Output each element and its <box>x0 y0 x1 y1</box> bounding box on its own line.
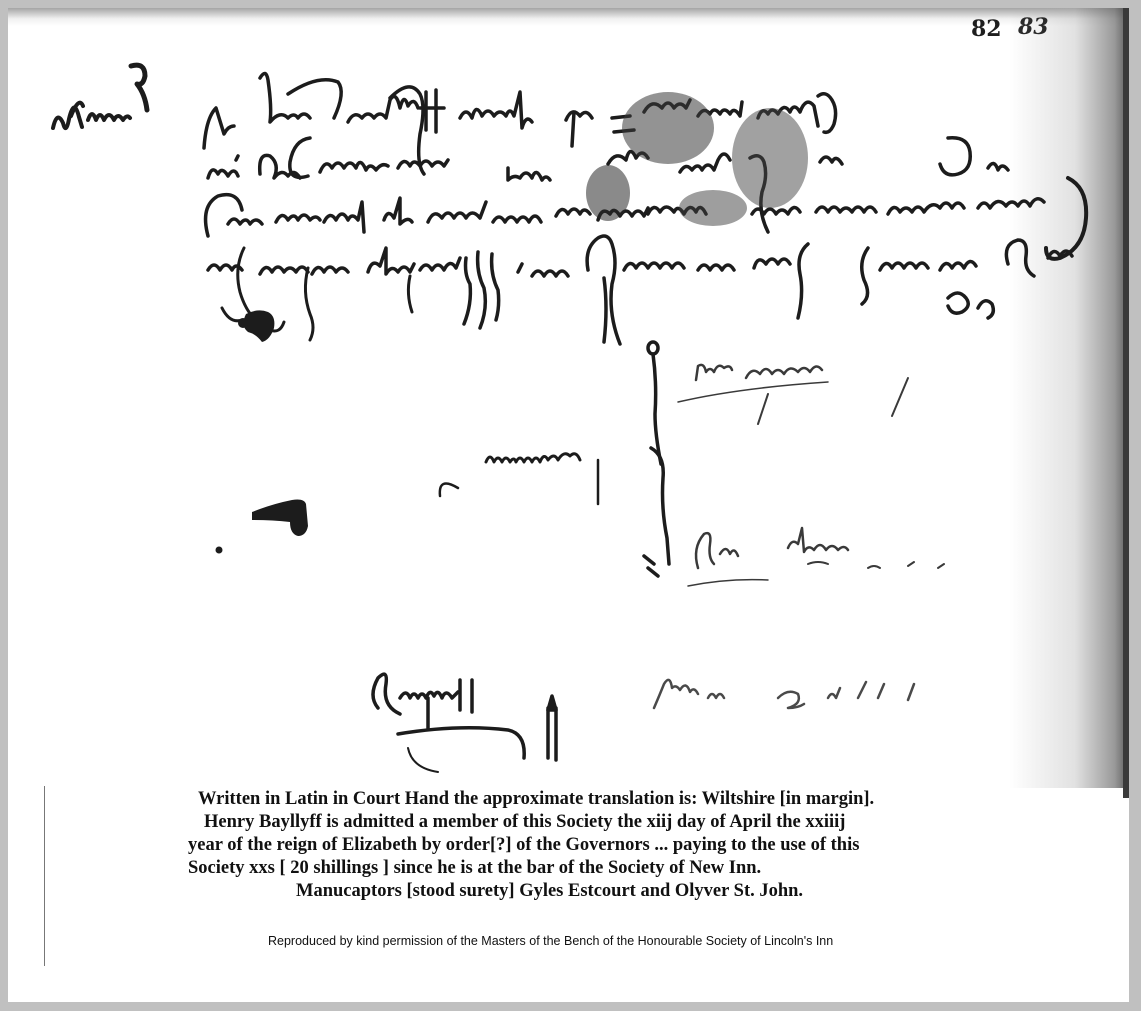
caption-line-2: Henry Bayllyff is admitted a member of t… <box>158 811 998 834</box>
manucaptors-word <box>486 454 598 504</box>
reproduction-credit: Reproduced by kind permission of the Mas… <box>268 934 833 948</box>
script-line-4 <box>208 236 1072 344</box>
signature-henry-bayllyff <box>654 680 914 708</box>
ink-blots <box>216 310 309 553</box>
manuscript-scan: 82 83 <box>8 8 1129 1002</box>
script-line-3 <box>206 178 1087 259</box>
caption-line-1: Written in Latin in Court Hand the appro… <box>158 788 998 811</box>
caption-line-4: Society xxs [ 20 shillings ] since he is… <box>158 857 998 880</box>
smudge <box>586 92 808 226</box>
manucaptors-bracket <box>440 342 669 576</box>
surety-gyles-estcourt <box>678 365 908 424</box>
translation-caption: Written in Latin in Court Hand the appro… <box>158 788 998 903</box>
margin-note-wiltshire <box>53 65 147 128</box>
caption-line-5: Manucaptors [stood surety] Gyles Estcour… <box>158 880 998 903</box>
surety-olyver-st-john <box>688 528 944 586</box>
caption-margin-rule <box>44 786 45 966</box>
admissus-mark <box>373 674 556 772</box>
caption-line-3: year of the reign of Elizabeth by order[… <box>158 834 998 857</box>
handwriting <box>8 8 1129 788</box>
